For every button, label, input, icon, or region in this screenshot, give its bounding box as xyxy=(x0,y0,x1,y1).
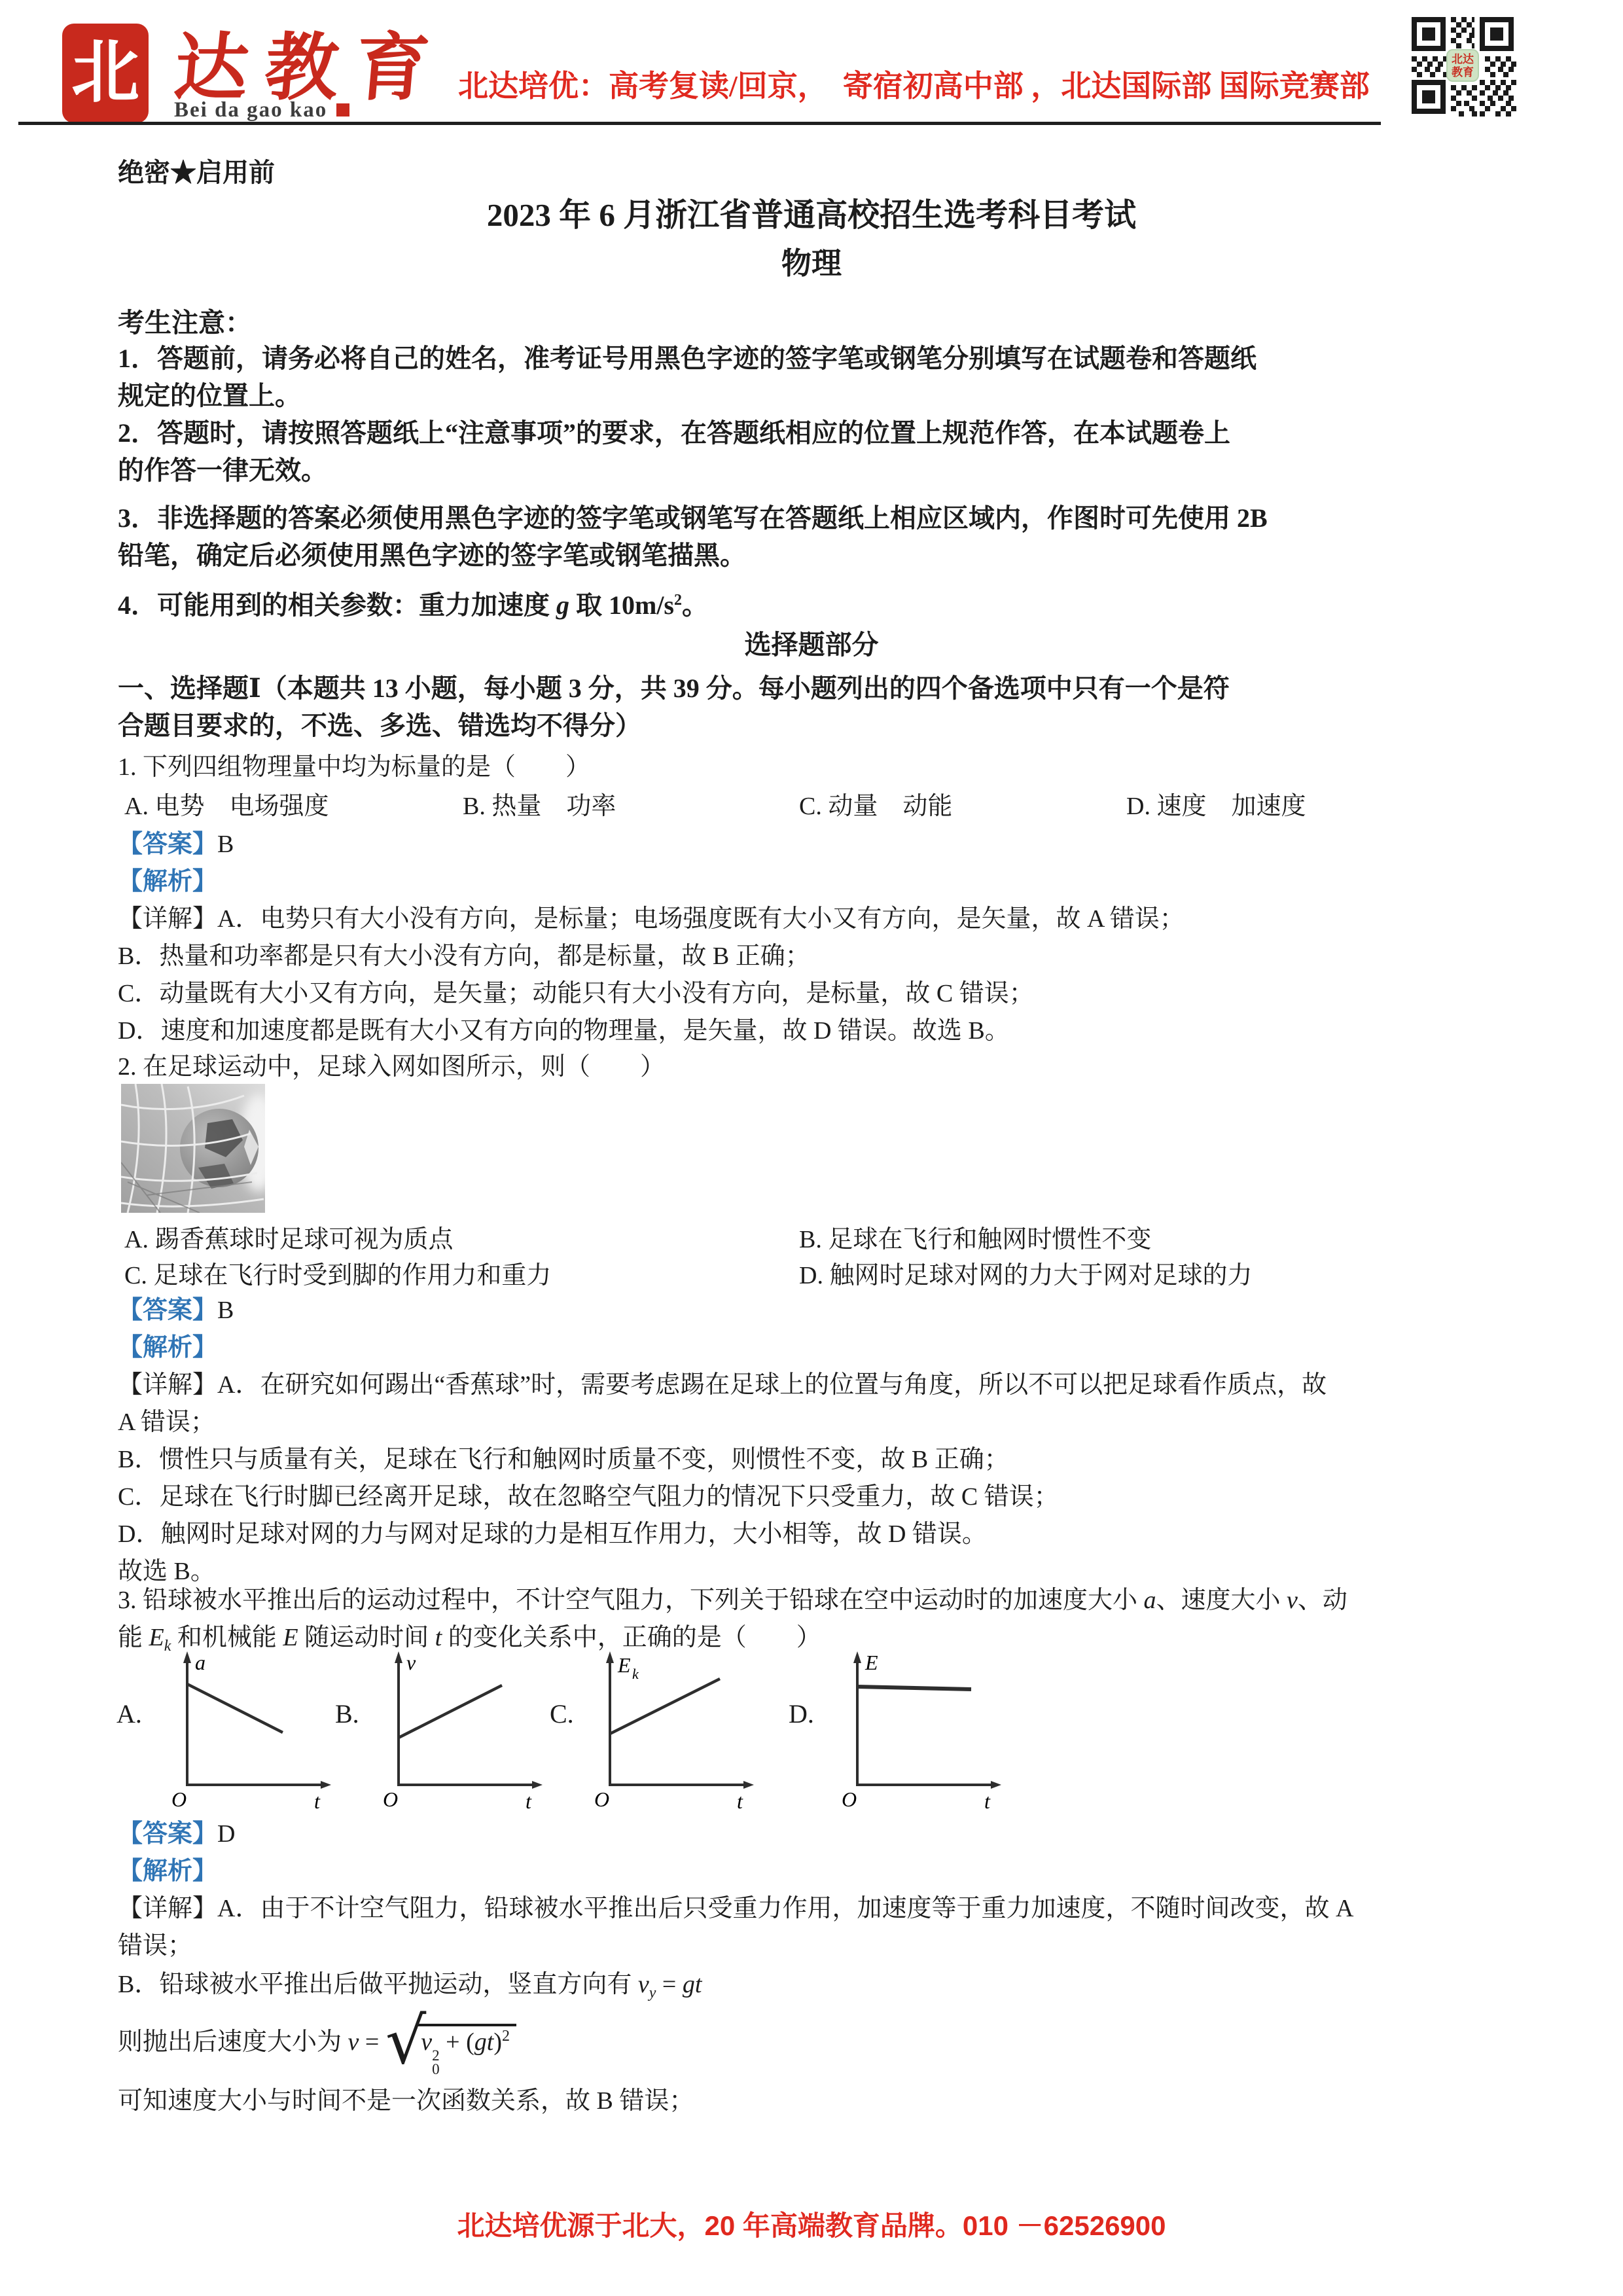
analysis-label: 【解析】 xyxy=(118,1857,217,1885)
exam-title: 2023 年 6 月浙江省普通高校招生选考科目考试 xyxy=(0,190,1623,236)
origin-label: O xyxy=(383,1787,398,1810)
q2-stem: 2. 在足球运动中，足球入网如图所示，则（ ） xyxy=(118,1046,665,1082)
exam-page: 北 达教育 Bei da gao kao 北达培优：高考复读/回京， 寄宿初高中… xyxy=(0,0,1623,2296)
q2-answer-value: B xyxy=(217,1297,234,1324)
curve-decreasing xyxy=(187,1684,283,1732)
notice-title: 考生注意： xyxy=(118,301,252,340)
q1-option-c: C. 动量 动能 xyxy=(799,785,952,821)
symbol-gt: gt xyxy=(683,1971,702,1998)
seal-character: 北 xyxy=(71,39,139,107)
q3-formula-line: 则抛出后速度大小为 v = √v20 + (gt)2 xyxy=(118,2004,516,2081)
formula-equals: = xyxy=(359,2028,385,2056)
axes xyxy=(397,1659,532,1785)
q1-detail-1: 【详解】A．电势只有大小没有方向，是标量；电场强度既有大小又有方向，是矢量，故 … xyxy=(118,898,1185,934)
q2-option-d: D. 触网时足球对网的力大于网对足球的力 xyxy=(799,1255,1252,1291)
notice-line-4: 的作答一律无效。 xyxy=(118,450,327,487)
answer-label: 【答案】 xyxy=(118,831,217,858)
formula-close-paren: ) xyxy=(493,2028,502,2056)
notice-line-1: 1．答题前，请务必将自己的姓名，准考证号用黑色字迹的签字笔或钢笔分别填写在试题卷… xyxy=(118,338,1257,375)
qr-code: 北达 教育 xyxy=(1409,14,1516,117)
q2-answer-row: 【答案】B xyxy=(118,1289,234,1325)
q3-graph-option-label-d: D. xyxy=(789,1698,814,1729)
q2-option-a: A. 踢香蕉球时足球可视为质点 xyxy=(124,1219,453,1255)
notice4-sup: 2 xyxy=(674,592,682,609)
q2-analysis-row: 【解析】 xyxy=(118,1327,217,1363)
q3-d3-text: B．铅球被水平推出后做平抛运动，竖直方向有 xyxy=(118,1971,638,1998)
q1-answer-row: 【答案】B xyxy=(118,823,234,859)
x-axis-arrow xyxy=(532,1781,543,1789)
q1-option-a: A. 电势 电场强度 xyxy=(124,785,329,821)
q3-stem1-text3: 、动 xyxy=(1298,1587,1347,1614)
q3-stem1-text: 3. 铅球被水平推出后的运动过程中，不计空气阻力，下列关于铅球在空中运动时的加速… xyxy=(118,1587,1144,1614)
y-axis-label: E xyxy=(617,1653,631,1677)
q3-stem1-text2: 、速度大小 xyxy=(1156,1587,1287,1614)
football-photo xyxy=(121,1084,265,1213)
answer-label: 【答案】 xyxy=(118,1297,217,1324)
q3-graph-a: a O t xyxy=(162,1646,339,1810)
brand-subtext-label: Bei da gao kao xyxy=(174,98,327,122)
notice-line-5: 3．非选择题的答案必须使用黑色字迹的签字笔或钢笔写在答题纸上相应区域内，作图时可… xyxy=(118,497,1268,535)
formula-v: v xyxy=(348,2028,359,2056)
answer-label: 【答案】 xyxy=(118,1820,217,1848)
x-axis-arrow xyxy=(991,1781,1001,1789)
q1-detail-4: D．速度和加速度都是既有大小又有方向的物理量，是矢量，故 D 错误。故选 B。 xyxy=(118,1010,1010,1046)
q2-detail-5: D．触网时足球对网的力与网对足球的力是相互作用力，大小相等，故 D 错误。 xyxy=(118,1513,987,1549)
q2-detail-2: A 错误； xyxy=(118,1401,215,1437)
notice4-mid: 取 10m/s xyxy=(569,590,674,620)
notice-line-6: 铅笔，确定后必须使用黑色字迹的签字笔或钢笔描黑。 xyxy=(118,535,746,572)
formula-gt: gt xyxy=(474,2028,494,2056)
header-slogan: 北达培优：高考复读/回京， 寄宿初高中部 ，北达国际部 国际竞赛部 xyxy=(458,62,1370,105)
curve-constant xyxy=(857,1687,971,1689)
axes xyxy=(856,1659,991,1785)
symbol-a: a xyxy=(1144,1587,1156,1614)
q1-detail-3: C．动量既有大小又有方向，是矢量；动能只有大小没有方向，是标量，故 C 错误； xyxy=(118,973,1034,1009)
formula-plus: + ( xyxy=(440,2028,474,2056)
y-axis-arrow xyxy=(606,1651,614,1663)
formula-v0: v xyxy=(421,2028,432,2056)
gravity-symbol: g xyxy=(556,590,569,620)
q1-option-d: D. 速度 加速度 xyxy=(1126,785,1306,821)
brand-subtext: Bei da gao kao xyxy=(174,98,349,122)
axes xyxy=(609,1659,743,1785)
formula-v0-sup: 2 xyxy=(432,2049,440,2062)
q3-answer-row: 【答案】D xyxy=(118,1813,235,1849)
origin-label: O xyxy=(842,1787,857,1810)
q3-graph-option-label-c: C. xyxy=(550,1698,574,1729)
axes xyxy=(186,1659,321,1785)
q3-stem-line-1: 3. 铅球被水平推出后的运动过程中，不计空气阻力，下列关于铅球在空中运动时的加速… xyxy=(118,1579,1347,1615)
q1-answer-value: B xyxy=(217,831,234,858)
q3-graph-d: E O t xyxy=(832,1646,1009,1810)
q1-stem: 1. 下列四组物理量中均为标量的是（ ） xyxy=(118,746,590,782)
secret-label: 绝密★启用前 xyxy=(118,152,275,189)
q2-detail-1: 【详解】A．在研究如何踢出“香蕉球”时，需要考虑踢在足球上的位置与角度，所以不可… xyxy=(118,1364,1327,1400)
q3-detail-2: 错误； xyxy=(118,1925,192,1961)
brand-red-square-icon xyxy=(336,103,349,117)
y-axis-label: a xyxy=(195,1651,205,1674)
symbol-vy-sub: y xyxy=(649,1984,656,2001)
curve-increasing xyxy=(610,1679,720,1734)
q3-graph-b: v O t xyxy=(374,1646,550,1810)
notice-line-7: 4．可能用到的相关参数：重力加速度 g 取 10m/s2。 xyxy=(118,584,708,622)
origin-label: O xyxy=(594,1787,609,1810)
x-axis-arrow xyxy=(321,1781,331,1789)
formula-outer-sup: 2 xyxy=(502,2028,510,2045)
section-title: 选择题部分 xyxy=(0,623,1623,662)
q3-detail-1: 【详解】A．由于不计空气阻力，铅球被水平推出后只受重力作用，加速度等于重力加速度… xyxy=(118,1888,1353,1924)
header-rule xyxy=(18,122,1381,125)
x-axis-label: t xyxy=(737,1789,743,1810)
symbol-vy: v xyxy=(638,1971,649,1998)
footer-text: 北达培优源于北大，20 年高端教育品牌。010 －62526900 xyxy=(0,2204,1623,2244)
q3-answer-value: D xyxy=(217,1820,235,1848)
x-axis-label: t xyxy=(314,1789,321,1810)
y-axis-arrow xyxy=(395,1651,402,1663)
q3-analysis-row: 【解析】 xyxy=(118,1850,217,1886)
analysis-label: 【解析】 xyxy=(118,1334,217,1361)
equals-sign: = xyxy=(656,1971,682,1998)
q3-stem2-text: 能 xyxy=(118,1624,149,1651)
q1-analysis-row: 【解析】 xyxy=(118,861,217,897)
q2-option-c: C. 足球在飞行时受到脚的作用力和重力 xyxy=(124,1255,551,1291)
y-axis-arrow xyxy=(183,1651,191,1663)
y-axis-label: v xyxy=(406,1651,416,1674)
y-axis-arrow xyxy=(853,1651,861,1663)
q3-graph-c: E k O t xyxy=(585,1646,762,1810)
x-axis-arrow xyxy=(743,1781,754,1789)
x-axis-label: t xyxy=(984,1789,991,1810)
q1-detail-2: B．热量和功率都是只有大小没有方向，都是标量，故 B 正确； xyxy=(118,935,810,971)
qr-center-label-2: 教育 xyxy=(1452,65,1474,79)
y-axis-label-sub: k xyxy=(632,1666,639,1682)
logo-seal: 北 xyxy=(62,24,149,123)
notice-line-3: 2．答题时，请按照答题纸上“注意事项”的要求，在答题纸相应的位置上规范作答，在本… xyxy=(118,412,1230,450)
formula-v0-sub: 0 xyxy=(432,2062,440,2076)
formula-v0-subsup: 20 xyxy=(432,2049,440,2076)
x-axis-label: t xyxy=(526,1789,532,1810)
q3-detail-4: 可知速度大小与时间不是一次函数关系，故 B 错误； xyxy=(118,2080,694,2116)
section-intro-line-1: 一、选择题Ⅰ（本题共 13 小题，每小题 3 分，共 39 分。每小题列出的四个… xyxy=(118,668,1230,705)
notice4-end: 。 xyxy=(682,590,708,620)
q1-option-b: B. 热量 功率 xyxy=(463,785,616,821)
q3-detail-3: B．铅球被水平推出后做平抛运动，竖直方向有 vy = gt xyxy=(118,1964,702,2002)
notice-line-2: 规定的位置上。 xyxy=(118,375,301,412)
q2-detail-4: C．足球在飞行时脚已经离开足球，故在忽略空气阻力的情况下只受重力，故 C 错误； xyxy=(118,1476,1059,1512)
symbol-v: v xyxy=(1287,1587,1298,1614)
q2-detail-3: B．惯性只与质量有关，足球在飞行和触网时质量不变，则惯性不变，故 B 正确； xyxy=(118,1439,1009,1475)
radicand: v20 + (gt)2 xyxy=(418,2024,516,2081)
q2-option-b: B. 足球在飞行和触网时惯性不变 xyxy=(799,1219,1151,1255)
formula-prefix: 则抛出后速度大小为 xyxy=(118,2028,348,2056)
section-intro-line-2: 合题目要求的，不选、多选、错选均不得分） xyxy=(118,705,641,742)
origin-label: O xyxy=(171,1787,187,1810)
y-axis-label: E xyxy=(865,1651,878,1674)
notice4-pre: 4．可能用到的相关参数：重力加速度 xyxy=(118,590,556,620)
qr-center-label-1: 北达 xyxy=(1452,52,1474,65)
curve-increasing xyxy=(399,1685,502,1738)
exam-subject: 物理 xyxy=(0,240,1623,283)
analysis-label: 【解析】 xyxy=(118,868,217,895)
q3-graph-option-label-a: A. xyxy=(116,1698,142,1729)
